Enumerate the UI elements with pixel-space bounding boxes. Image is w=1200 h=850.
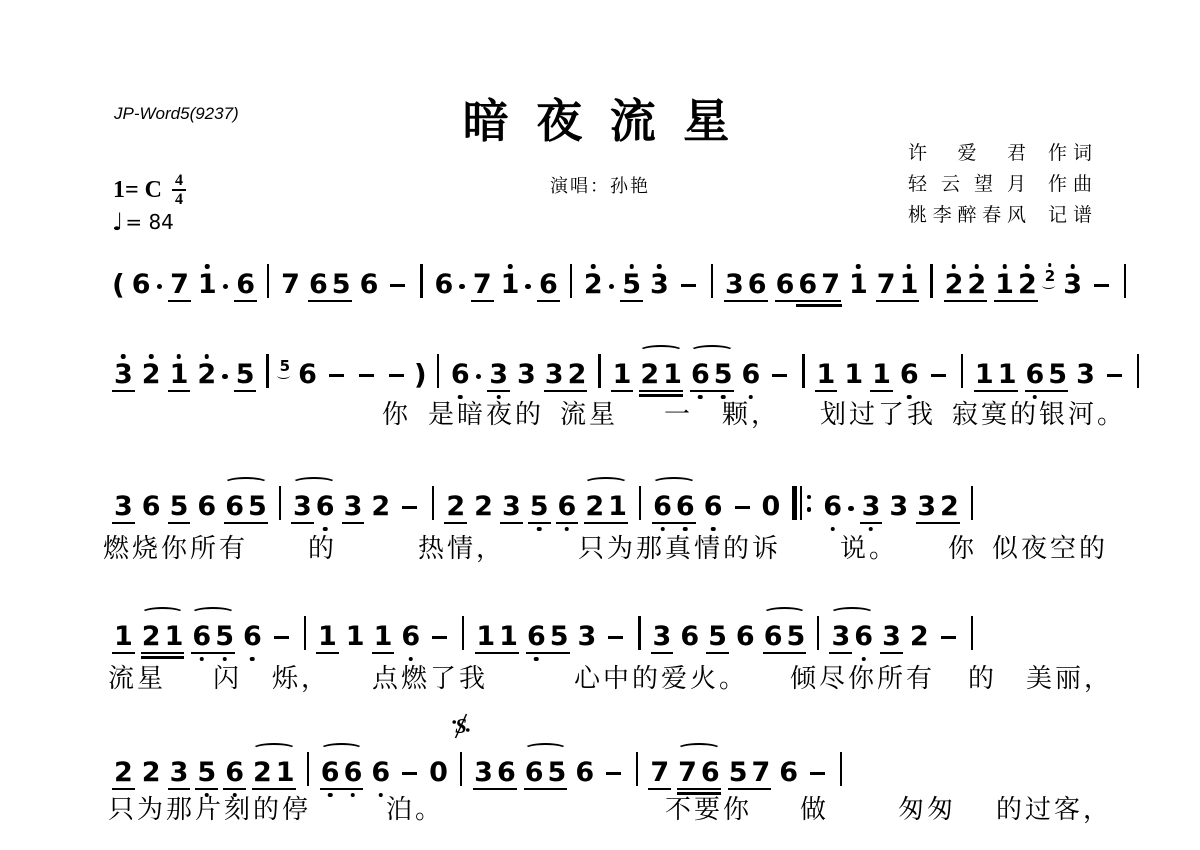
note: 5 <box>620 272 643 298</box>
note-digit: 2 <box>585 494 604 520</box>
lyric-segment: 是暗夜的 <box>428 400 544 430</box>
note: 1 <box>973 362 996 388</box>
note-digit: 6 <box>1026 362 1045 388</box>
performer-label: 演唱：孙艳 <box>550 172 650 198</box>
lyric-segment: 一 <box>664 400 693 430</box>
note-group: 667 <box>774 272 842 298</box>
note-digit: 1 <box>476 624 495 650</box>
note: 6 <box>342 760 365 786</box>
octave-dot-below <box>861 657 866 662</box>
note-digit: 6 <box>321 760 340 786</box>
barline-stroke <box>840 752 842 786</box>
augmentation-dot <box>223 284 229 290</box>
group-beam <box>141 656 185 658</box>
note: 2 <box>1016 272 1039 298</box>
beam-line <box>342 522 365 524</box>
octave-dot-above <box>952 264 957 269</box>
barline: S <box>460 752 462 786</box>
note-digit: 6 <box>225 760 244 786</box>
note-digit: 6 <box>539 272 558 298</box>
barline-stroke <box>304 616 306 650</box>
note-digit: 0 <box>762 494 781 520</box>
slur-arc <box>141 607 185 619</box>
note-group: 32 <box>915 494 961 520</box>
beam-line <box>860 522 883 524</box>
lyric-segment: 的 <box>968 664 997 694</box>
octave-dot-below <box>458 395 463 400</box>
close-paren: ) <box>414 361 427 389</box>
note-digit: 6 <box>854 624 873 650</box>
note-digit: 6 <box>360 272 379 298</box>
slur-arc <box>191 607 235 619</box>
note: 6 <box>433 272 456 298</box>
note-digit: 1 <box>872 362 891 388</box>
barline-stroke <box>266 354 268 388</box>
lyric-segment: 的 <box>308 534 337 564</box>
note: 7 <box>676 760 699 786</box>
note: 6 <box>140 494 163 520</box>
note: 2 <box>140 362 163 388</box>
octave-dot-above <box>657 264 662 269</box>
note: 6 <box>195 494 218 520</box>
augmentation-dot <box>459 284 465 290</box>
barline-stroke <box>279 486 281 520</box>
note-digit: 1 <box>501 272 520 298</box>
time-denominator: 4 <box>175 191 183 207</box>
barline-stroke <box>817 616 819 650</box>
note: 6 <box>314 494 337 520</box>
octave-dot-below <box>379 793 384 798</box>
beam-line <box>528 522 551 524</box>
slur-arc <box>652 477 696 489</box>
note: 1 <box>870 362 893 388</box>
note-digit: 6 <box>691 362 710 388</box>
duration-dash <box>810 772 825 775</box>
note: 6 <box>369 760 392 786</box>
note-digit: 1 <box>114 624 133 650</box>
note: 1 <box>996 362 1019 388</box>
note-digit: 2 <box>967 272 986 298</box>
note: 2 <box>140 624 163 650</box>
lyric-segment: 泊。 <box>386 795 444 825</box>
beam-line <box>620 300 643 302</box>
note: 2 <box>251 760 274 786</box>
barline-stroke <box>598 354 600 388</box>
barline-stroke <box>570 264 572 298</box>
note: 1 <box>344 624 367 650</box>
note-group: 65 <box>1024 362 1070 388</box>
lyric-segment: 热情， <box>418 534 505 564</box>
note-digit: 3 <box>831 624 850 650</box>
lyric-segment: 燃烧你所有 <box>103 534 248 564</box>
note: 6 <box>241 624 264 650</box>
note-group: 22 <box>943 272 989 298</box>
note: 3 <box>515 362 538 388</box>
group-beam <box>728 788 772 790</box>
note: 1 <box>163 624 186 650</box>
duration-dash <box>931 374 946 377</box>
note: 1 <box>606 494 629 520</box>
barline <box>279 486 281 520</box>
note-digit: 5 <box>622 272 641 298</box>
octave-dot-below <box>323 527 328 532</box>
beam-line <box>444 522 467 524</box>
note-digit: 3 <box>725 272 744 298</box>
note-digit: 3 <box>650 272 669 298</box>
group-beam <box>944 300 988 302</box>
note-digit: 7 <box>170 272 189 298</box>
octave-dot-above <box>177 354 182 359</box>
slur-arc <box>830 607 874 619</box>
note-digit: 1 <box>975 362 994 388</box>
note-group: 36 <box>723 272 769 298</box>
group-beam <box>916 522 960 524</box>
note-group: 21 <box>251 760 297 786</box>
lyric-segment: 流星 <box>108 664 166 694</box>
note: 6 <box>852 624 875 650</box>
duration-dash <box>681 284 696 287</box>
duration-dash <box>432 636 447 639</box>
note-digit: 6 <box>701 760 720 786</box>
note: 6 <box>234 272 257 298</box>
note-digit: 1 <box>165 624 184 650</box>
note: 3 <box>487 362 510 388</box>
augmentation-dot <box>476 374 482 380</box>
duration-dash <box>390 284 405 287</box>
note-digit: 1 <box>198 272 217 298</box>
grace-note: 5 <box>279 359 291 373</box>
segno-glyph: S <box>451 712 471 740</box>
note-digit: 5 <box>197 760 216 786</box>
octave-dot-below <box>250 657 255 662</box>
note-digit: 6 <box>525 760 544 786</box>
beam-line <box>500 522 523 524</box>
lyric-segment: 不要你 <box>665 795 752 825</box>
octave-dot-below <box>869 527 874 532</box>
grace-slur <box>277 372 290 379</box>
slur-arc <box>252 743 296 755</box>
note: 6 <box>796 272 819 298</box>
note: 5 <box>234 362 257 388</box>
note-digit: 7 <box>281 272 300 298</box>
note: 5 <box>528 494 551 520</box>
note: 1 <box>316 624 339 650</box>
note-digit: 6 <box>704 494 723 520</box>
octave-dot-above <box>629 264 634 269</box>
note-digit: 6 <box>527 624 546 650</box>
slur-arc <box>690 345 734 357</box>
lyric-segment: 颗， <box>722 400 780 430</box>
group-beam <box>584 522 628 524</box>
barline <box>840 752 842 786</box>
note: 6 <box>223 760 246 786</box>
duration-dash <box>1094 284 1109 287</box>
lyric-segment: 你 <box>382 400 411 430</box>
begin-repeat-sign <box>792 486 811 520</box>
note: 5 <box>246 494 269 520</box>
note: 5 <box>785 624 808 650</box>
note: 6 <box>525 624 548 650</box>
note-group: 21 <box>638 362 684 388</box>
octave-dot-below <box>907 395 912 400</box>
beam-line <box>870 390 893 392</box>
lyric-segment: 做 <box>800 795 829 825</box>
barline-stroke <box>462 616 464 650</box>
note-digit: 3 <box>653 624 672 650</box>
note: 6 <box>358 272 381 298</box>
note-digit: 6 <box>776 272 795 298</box>
note-digit: 5 <box>215 624 234 650</box>
note-digit: 6 <box>142 494 161 520</box>
slur-arc <box>639 345 683 357</box>
beam-line <box>168 788 191 790</box>
credits-block: 许 爱 君作词轻 云 望 月作曲桃李醉春风记谱 <box>908 138 1092 231</box>
group-beam <box>639 390 683 392</box>
beam-line <box>648 788 671 790</box>
note: 3 <box>168 760 191 786</box>
note-group: 21 <box>140 624 186 650</box>
note-group: 11 <box>474 624 520 650</box>
note-digit: 3 <box>489 362 508 388</box>
barline <box>432 486 434 520</box>
note-digit: 6 <box>435 272 454 298</box>
note: 1 <box>196 272 219 298</box>
note: 3 <box>648 272 671 298</box>
barline <box>266 354 268 388</box>
note-digit: 2 <box>940 494 959 520</box>
note-digit: 6 <box>653 494 672 520</box>
beam-line <box>112 522 135 524</box>
note-digit: 1 <box>998 362 1017 388</box>
group-beam <box>475 652 519 654</box>
note-digit: 6 <box>779 760 798 786</box>
octave-dot-below <box>660 527 665 532</box>
note-digit: 7 <box>678 760 697 786</box>
note: 3 <box>723 272 746 298</box>
note-digit: 6 <box>558 494 577 520</box>
barline <box>817 616 819 650</box>
octave-dot-above <box>856 264 861 269</box>
note-group: 65 <box>307 272 353 298</box>
note: 1 <box>474 624 497 650</box>
note-digit: 1 <box>663 362 682 388</box>
note: 3 <box>543 362 566 388</box>
beam-line <box>556 522 579 524</box>
octave-dot-below <box>698 395 703 400</box>
octave-dot-below <box>1033 395 1038 400</box>
note-group: 66 <box>319 760 365 786</box>
note-digit: 6 <box>309 272 328 298</box>
barline-stroke <box>1124 264 1126 298</box>
note: 7 <box>750 760 773 786</box>
barline <box>307 752 309 786</box>
note-digit: 3 <box>114 362 133 388</box>
note-digit: 6 <box>192 624 211 650</box>
note-digit: 6 <box>736 624 755 650</box>
note-digit: 1 <box>170 362 189 388</box>
credit-name: 桃李醉春风 <box>908 200 1026 231</box>
group-beam <box>652 522 696 524</box>
note-digit: 5 <box>170 494 189 520</box>
credit-name: 轻 云 望 月 <box>908 169 1026 200</box>
note-group: 65 <box>762 624 808 650</box>
note: 3 <box>860 494 883 520</box>
note-digit: 2 <box>584 272 603 298</box>
song-title: 暗 夜 流 星 <box>463 96 738 148</box>
duration-dash <box>608 636 623 639</box>
barline <box>1137 354 1139 388</box>
note-digit: 6 <box>132 272 151 298</box>
note: 3 <box>472 760 495 786</box>
duration-dash <box>735 506 750 509</box>
note-digit: 5 <box>714 362 733 388</box>
note-digit: 1 <box>276 760 295 786</box>
duration-dash <box>359 374 374 377</box>
barline <box>462 616 464 650</box>
group-beam <box>1025 390 1069 392</box>
note: 3 <box>112 494 135 520</box>
note: 3 <box>1061 272 1084 298</box>
octave-dot-below <box>200 657 205 662</box>
note-digit: 5 <box>708 624 727 650</box>
tempo-value: = 84 <box>125 210 174 234</box>
note-digit: 2 <box>568 362 587 388</box>
note: 2 <box>195 362 218 388</box>
note: 1 <box>112 624 135 650</box>
segno-icon: S <box>451 712 471 745</box>
octave-dot-below <box>830 527 835 532</box>
note: 6 <box>523 760 546 786</box>
note-digit: 2 <box>945 272 964 298</box>
octave-dot-below <box>409 657 414 662</box>
note-digit: 6 <box>497 760 516 786</box>
note-digit: 3 <box>578 624 597 650</box>
barline <box>304 616 306 650</box>
note-digit: 6 <box>680 624 699 650</box>
lyric-segment: 点燃了我 <box>372 664 488 694</box>
note: 5 <box>213 624 236 650</box>
note-group: 21 <box>583 494 629 520</box>
note: 3 <box>915 494 938 520</box>
note-group: 65 <box>525 624 571 650</box>
note: 1 <box>611 362 634 388</box>
octave-dot-below <box>328 793 333 798</box>
note: 5 <box>546 760 569 786</box>
note: 2 <box>965 272 988 298</box>
barline <box>598 354 600 388</box>
barline-stroke <box>636 752 638 786</box>
beam-line <box>112 652 135 654</box>
augmentation-dot <box>609 284 615 290</box>
octave-dot-below <box>711 527 716 532</box>
slur-arc <box>677 743 721 755</box>
barline-stroke <box>930 264 932 298</box>
beam-line <box>471 300 494 302</box>
note-digit: 3 <box>502 494 521 520</box>
barline <box>971 486 973 520</box>
beam-line <box>234 390 257 392</box>
barline <box>1124 264 1126 298</box>
augmentation-dot <box>525 284 531 290</box>
note-digit: 3 <box>917 494 936 520</box>
lyric-segment: 匆匆 <box>898 795 956 825</box>
note: 0 <box>760 494 783 520</box>
note-digit: 1 <box>844 362 863 388</box>
note: 6 <box>556 494 579 520</box>
group-beam <box>308 300 352 302</box>
octave-dot-below <box>721 395 726 400</box>
barline-stroke <box>307 752 309 786</box>
lyric-segment: 的过客， <box>996 795 1112 825</box>
note: 7 <box>875 272 898 298</box>
note: 1 <box>372 624 395 650</box>
note-digit: 2 <box>142 760 161 786</box>
note: 6 <box>190 624 213 650</box>
note-digit: 3 <box>170 760 189 786</box>
octave-dot-below <box>749 395 754 400</box>
note-digit: 6 <box>371 760 390 786</box>
beam-line <box>706 652 729 654</box>
lyric-segment: 只为那片刻的停 <box>108 795 311 825</box>
note: 2 <box>472 494 495 520</box>
note: 1 <box>661 362 684 388</box>
group-beam <box>524 788 568 790</box>
note: 3 <box>342 494 365 520</box>
credit-name: 许 爱 君 <box>908 138 1026 169</box>
repeat-dot <box>807 495 812 500</box>
note: 3 <box>576 624 599 650</box>
note-digit: 5 <box>1048 362 1067 388</box>
group-beam <box>191 652 235 654</box>
note-group: 65 <box>689 362 735 388</box>
note: 1 <box>842 362 865 388</box>
note: 6 <box>399 624 422 650</box>
note: 2 <box>938 494 961 520</box>
beam-line <box>611 390 634 392</box>
note: 6 <box>746 272 769 298</box>
note-digit: 3 <box>862 494 881 520</box>
note: 3 <box>1074 362 1097 388</box>
note-digit: 1 <box>817 362 836 388</box>
octave-dot-above <box>205 354 210 359</box>
note-digit: 1 <box>608 494 627 520</box>
group-beam <box>974 390 1018 392</box>
note: 1 <box>993 272 1016 298</box>
note-digit: 1 <box>613 362 632 388</box>
note-digit: 1 <box>374 624 393 650</box>
note-digit: 6 <box>236 272 255 298</box>
note: 6 <box>821 494 844 520</box>
slur-arc <box>292 477 336 489</box>
group-beam <box>473 788 517 790</box>
note-group: 32 <box>543 362 589 388</box>
note-digit: 6 <box>748 272 767 298</box>
note-digit: 2 <box>142 624 161 650</box>
barline <box>961 354 963 388</box>
lyric-segment: 流星 <box>560 400 618 430</box>
note: 5 <box>330 272 353 298</box>
note-digit: 6 <box>764 624 783 650</box>
barline <box>639 486 641 520</box>
duration-dash <box>606 772 621 775</box>
lyric-segment: 只为那真情的诉 <box>578 534 781 564</box>
credit-role: 记谱 <box>1048 200 1092 231</box>
octave-dot-above <box>149 354 154 359</box>
group-beam <box>544 390 588 392</box>
group-beam <box>320 788 364 790</box>
barline <box>437 354 439 388</box>
duration-dash <box>389 374 404 377</box>
